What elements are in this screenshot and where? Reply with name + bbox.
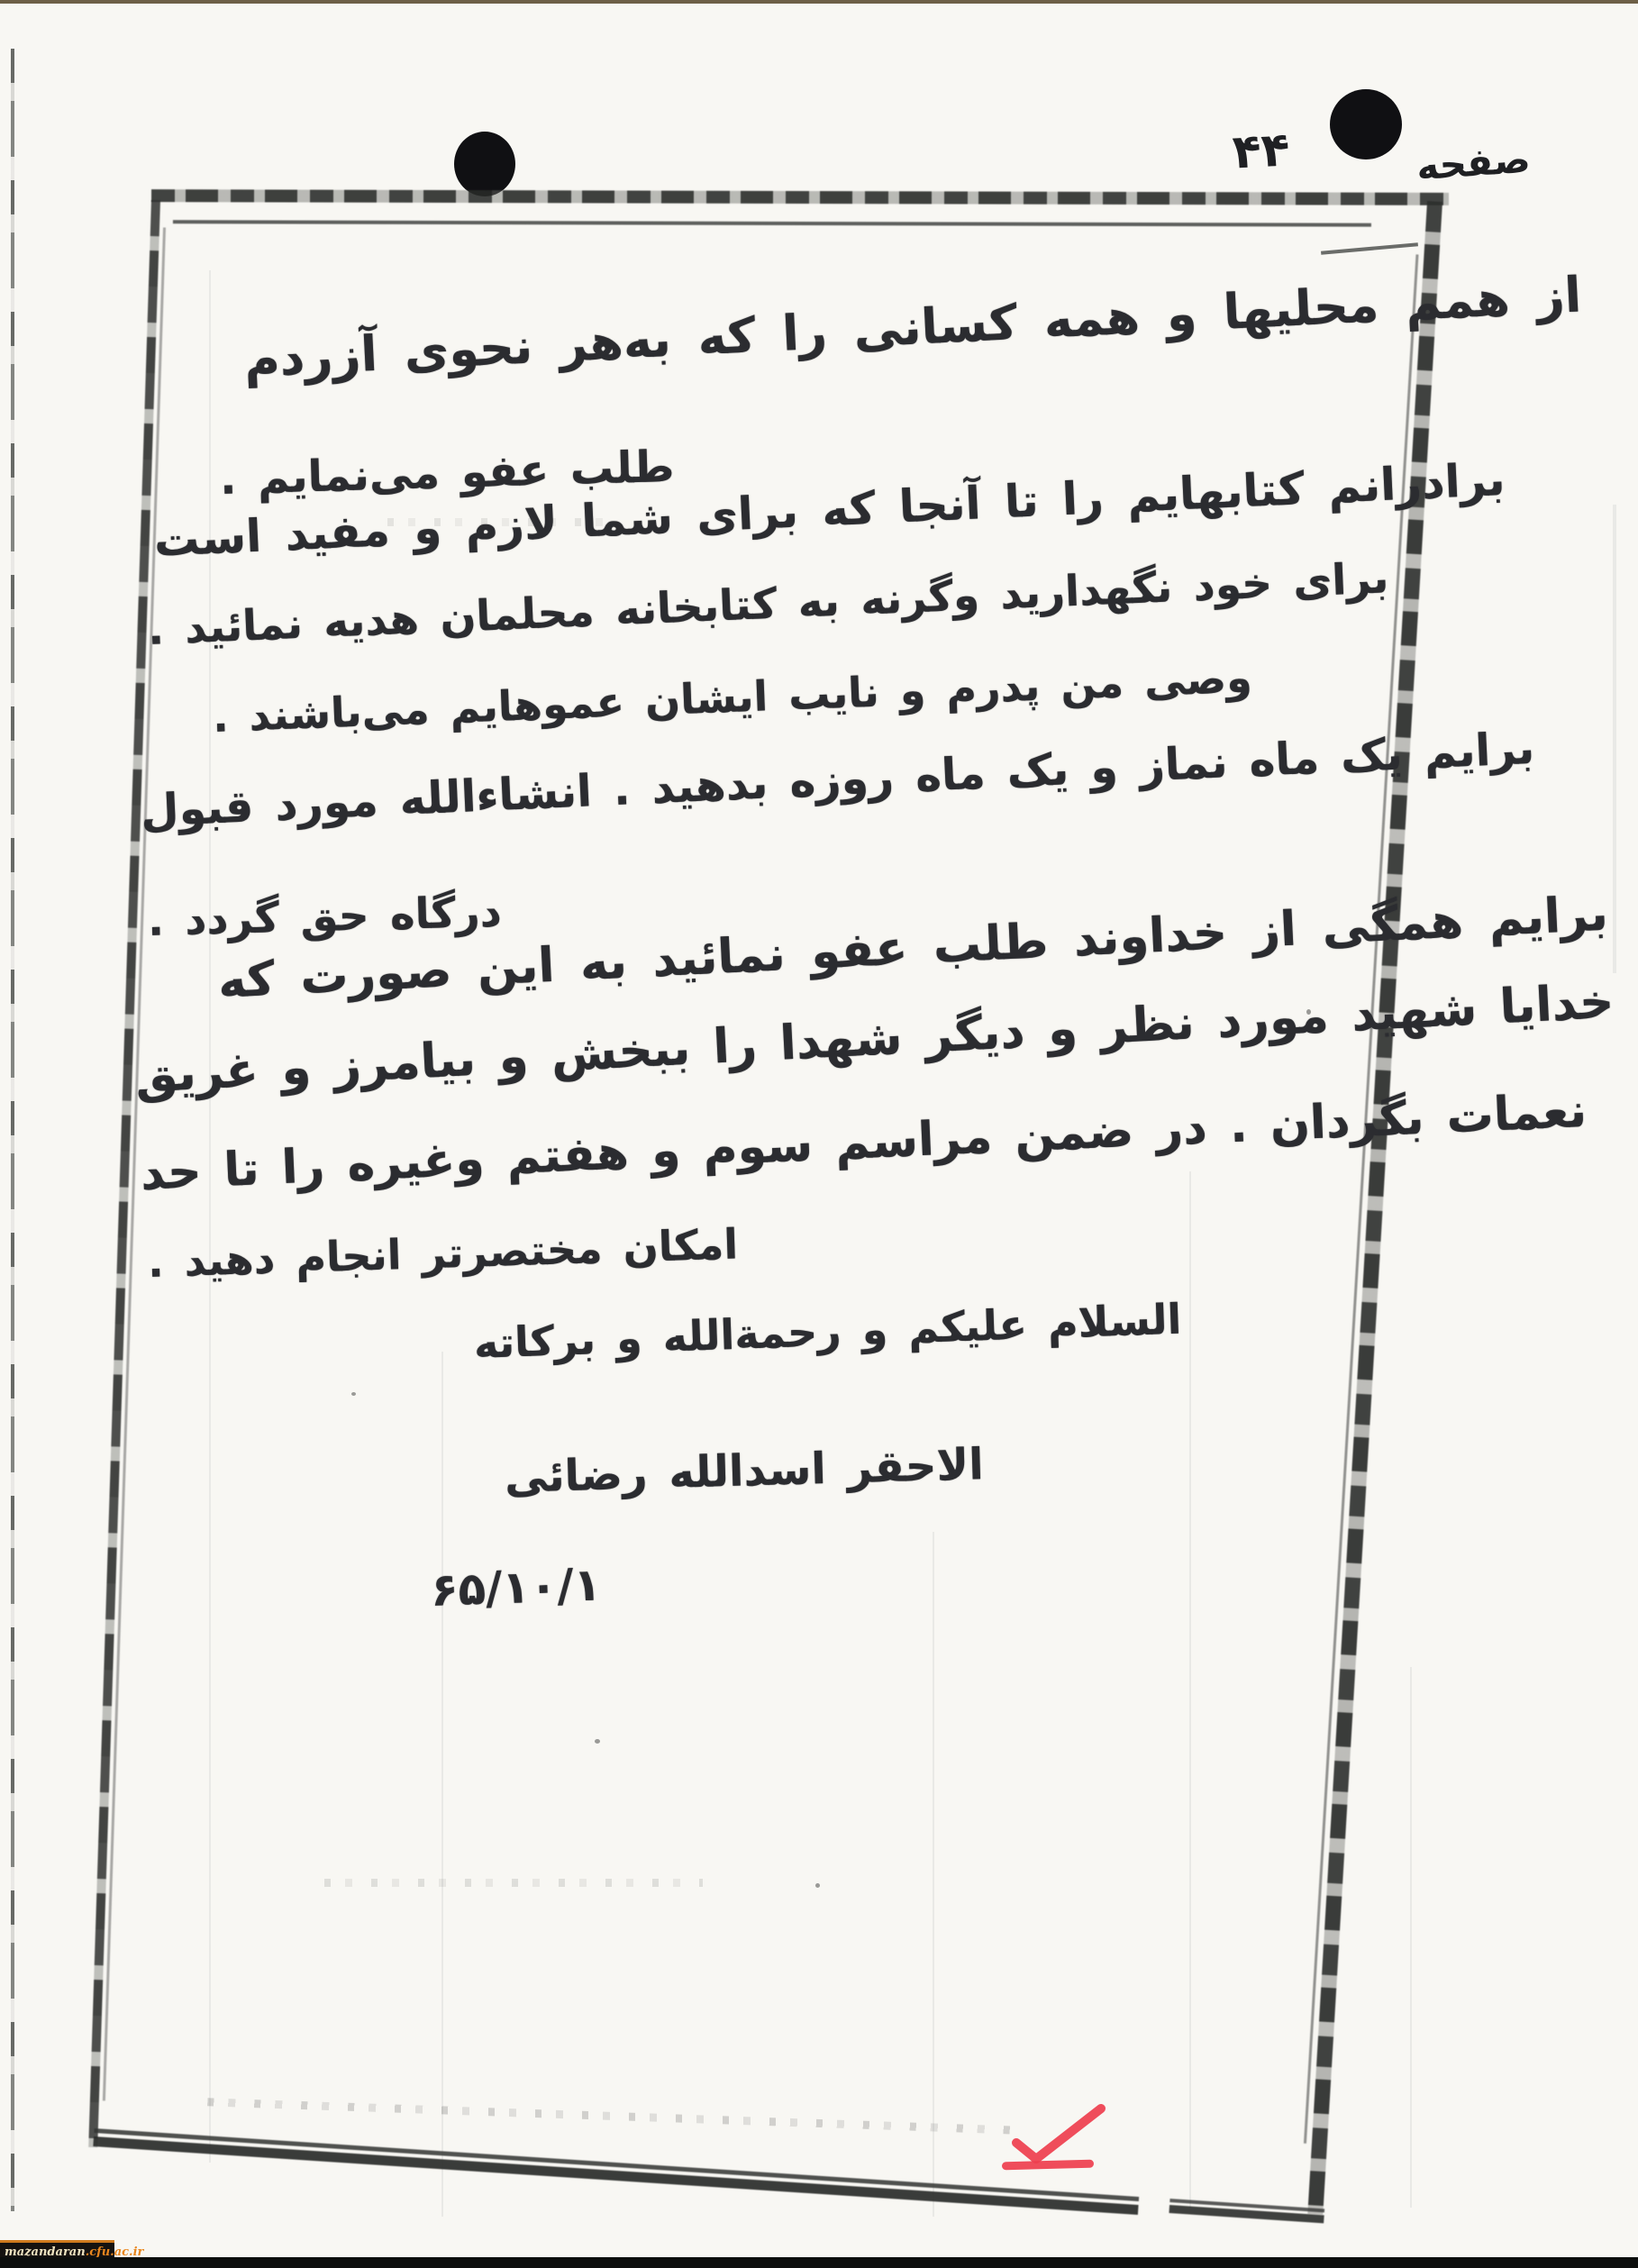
closing-salutation: السلام علیکم و رحمةالله و برکاته (473, 1294, 1182, 1371)
page-number: ۴۴ (1231, 123, 1291, 179)
photocopy-noise (207, 2098, 1018, 2134)
handwritten-line: امکان مختصرتر انجام دهید . (147, 1218, 739, 1289)
handwritten-line: برای خود نگهدارید وگرنه به کتابخانه محلم… (147, 552, 1390, 657)
paper-crease (1321, 242, 1418, 254)
signature-line: الاحقر اسدالله رضائی (504, 1437, 984, 1505)
scan-bottom-band (0, 2257, 1638, 2268)
page-label: صفحه (1415, 137, 1532, 189)
handwritten-line: از همم محلیها و همه کسانی را که به‌هر نح… (242, 264, 1582, 390)
photocopy-streak (441, 1352, 443, 2217)
scanned-page: ۴۴ صفحه از همم محلیها و همه کسانی را که … (0, 0, 1638, 2268)
handwritten-line: درگاه حق گردد . (147, 887, 502, 949)
photocopy-streak (1613, 505, 1616, 973)
frame-border-bottom (93, 2128, 1139, 2215)
frame-border-top (151, 189, 1449, 205)
photocopy-noise (387, 518, 622, 526)
hole-punch-icon (454, 132, 515, 196)
photocopy-streak (1410, 1667, 1412, 2208)
handwritten-line: وصی من پدرم و نایب ایشان عموهایم می‌باشن… (212, 652, 1253, 744)
photocopy-streak (933, 1532, 934, 2217)
date-line: ۶۵/۱۰/۱ (430, 1556, 602, 1618)
scan-top-edge (0, 0, 1638, 4)
frame-border-bottom-segment (1169, 2199, 1324, 2223)
photocopy-noise (324, 1879, 703, 1887)
photocopy-streak (1189, 1171, 1191, 2208)
hole-punch-icon (1330, 89, 1402, 159)
scan-artifact-line (11, 49, 14, 2211)
